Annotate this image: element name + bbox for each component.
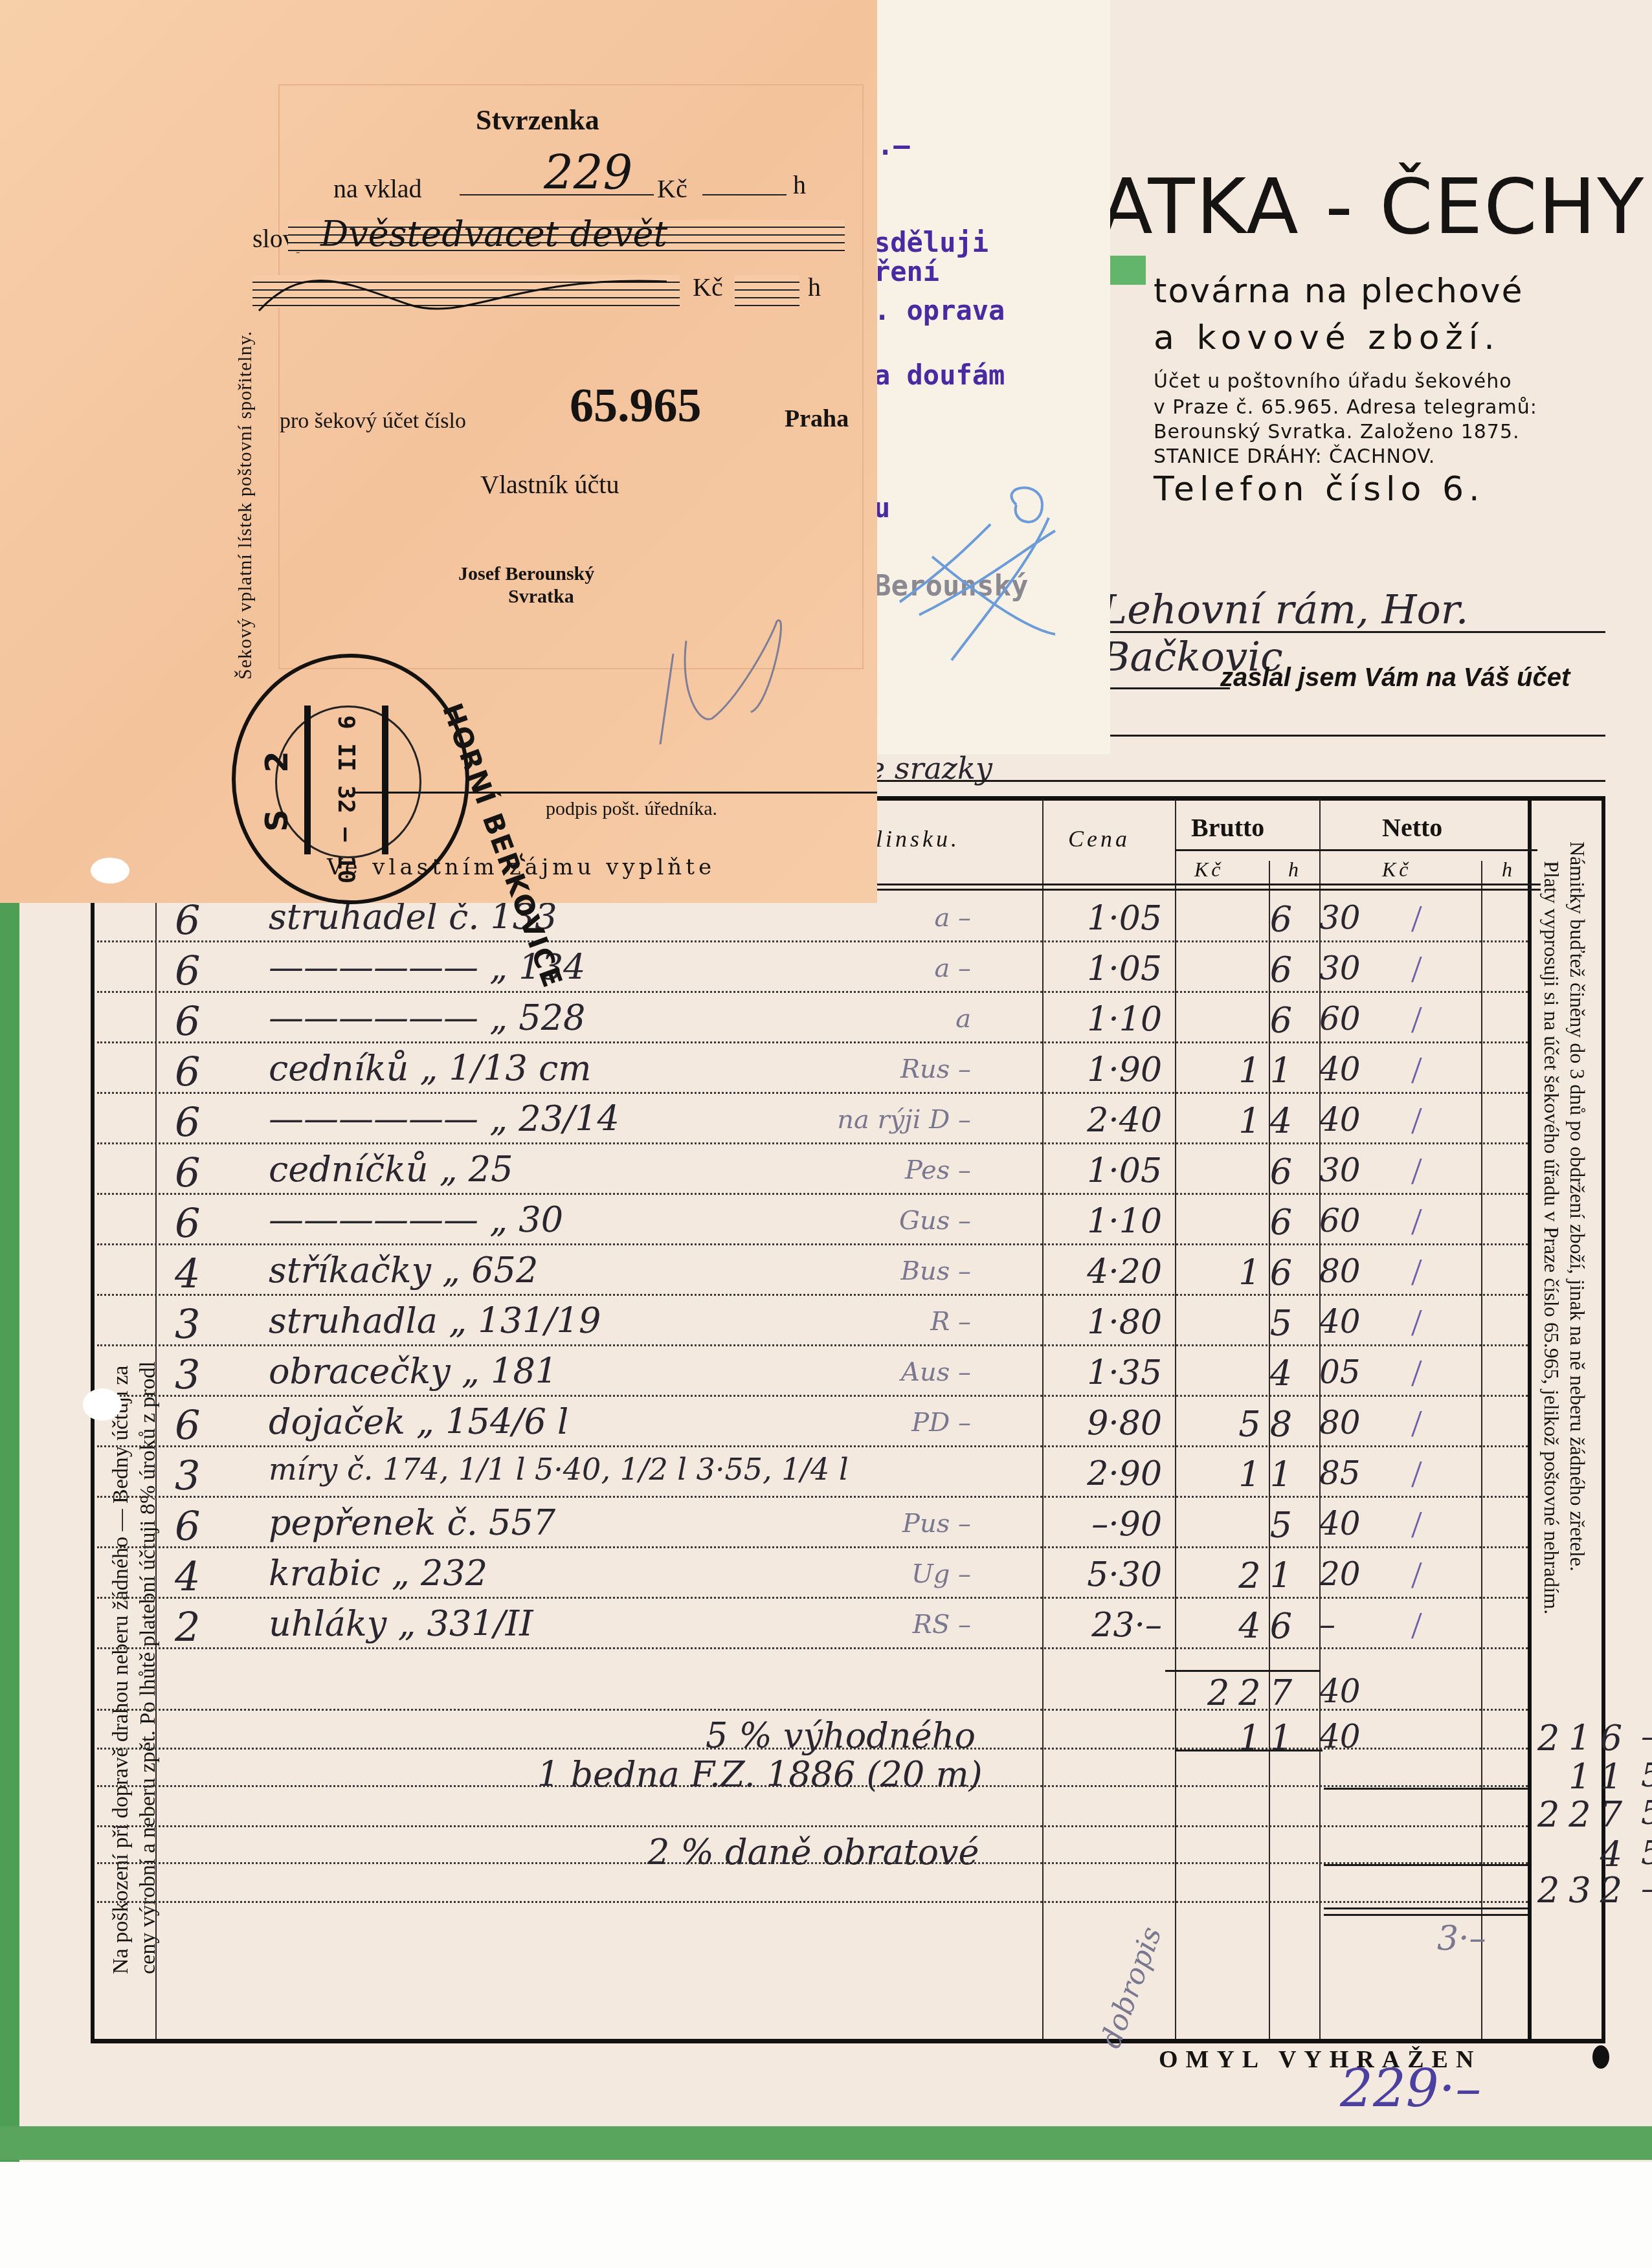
row-desc: krabic „ 232 — [269, 1553, 487, 1594]
row-cena: 9·80 — [1045, 1404, 1162, 1443]
row-qty: 2 — [175, 1603, 200, 1651]
row-qty: 6 — [175, 1048, 200, 1095]
subtotal-row: 227 40 — [149, 1670, 1528, 1720]
row-code: a – — [822, 953, 971, 983]
tagline-1: továrna na plechové — [1154, 272, 1524, 311]
letter-line-2: sděluji — [874, 227, 988, 258]
check-mark-icon: / — [1411, 1300, 1422, 1345]
owner-place: Svratka — [508, 586, 574, 608]
row-desc: pepřenek č. 557 — [269, 1502, 555, 1543]
row-code: Ug – — [822, 1559, 971, 1589]
col-header-netto-kc: Kč — [1382, 858, 1412, 882]
row-qty: 6 — [175, 947, 200, 994]
account-label: pro šekový účet číslo — [280, 409, 466, 434]
account-number: 65.965 — [570, 379, 702, 434]
check-mark-icon: / — [1411, 1351, 1422, 1395]
row-brutto-h: 60 — [1319, 1202, 1384, 1240]
row-brutto-h: 40 — [1319, 1101, 1384, 1139]
row-cena: 1·05 — [1045, 899, 1162, 938]
col-header-netto-h: h — [1502, 858, 1515, 882]
subtotal-brutto-kc: 227 — [1185, 1673, 1301, 1713]
row-qty: 6 — [175, 1401, 200, 1449]
row-brutto-kc: 6 — [1185, 950, 1301, 990]
check-mark-icon: / — [1411, 1452, 1422, 1496]
row-brutto-kc: 6 — [1185, 899, 1301, 940]
signature-label: podpis pošt. úředníka. — [546, 798, 717, 820]
kc-label: Kč — [657, 173, 687, 204]
total-kc: 232 — [1437, 1870, 1631, 1911]
row-brutto-kc: 11 — [1185, 1454, 1301, 1495]
header-sub-rule — [1175, 849, 1537, 851]
row-cena: –·90 — [1045, 1505, 1162, 1544]
clerk-signature-icon — [647, 615, 816, 764]
punch-hole-bottom — [83, 1388, 122, 1421]
owner-name: Josef Berounský — [458, 563, 594, 585]
row-code: a – — [822, 903, 971, 933]
subtotal-brutto-h: 40 — [1319, 1673, 1384, 1710]
table-row: 3 míry č. 174, 1/1 l 5·40, 1/2 l 3·55, 1… — [149, 1452, 1528, 1502]
row-cena: 5·30 — [1045, 1555, 1162, 1594]
row-qty: 3 — [175, 1351, 200, 1398]
row-brutto-h: 05 — [1319, 1353, 1384, 1391]
row-code: PD – — [822, 1408, 971, 1438]
row-cena: 1·35 — [1045, 1353, 1162, 1392]
check-mark-icon: / — [1411, 1149, 1422, 1194]
table-row: 6 —————— „ 23/14 na rýji D – 2·40 14 40 … — [149, 1098, 1528, 1149]
table-row: 6 —————— „ 134 a – 1·05 6 30 / — [149, 947, 1528, 997]
cancel-wave-icon — [252, 269, 680, 314]
info-line-2: v Praze č. 65.965. Adresa telegramů: — [1154, 396, 1537, 419]
address-rule-2 — [1110, 687, 1230, 689]
row-qty: 6 — [175, 896, 200, 944]
h-label: h — [793, 170, 806, 200]
sent-text: zaslal jsem Vám na Váš účet — [1220, 663, 1570, 693]
row-qty: 6 — [175, 1098, 200, 1146]
check-mark-icon: / — [1411, 997, 1422, 1042]
row-code: Pus – — [822, 1509, 971, 1539]
row-code: Pes – — [822, 1155, 971, 1185]
tax-h: 50 — [1641, 1834, 1652, 1872]
row-desc: —————— „ 23/14 — [269, 1098, 619, 1139]
table-row: 2 uhláky „ 331/II RS – 23·– 46 – / — [149, 1603, 1528, 1654]
row-brutto-h: 85 — [1319, 1454, 1384, 1492]
row-brutto-h: 40 — [1319, 1505, 1384, 1542]
row-brutto-h: 60 — [1319, 1000, 1384, 1038]
row-brutto-h: 80 — [1319, 1252, 1384, 1290]
total-h: – — [1641, 1870, 1652, 1907]
na-vklad-label: na vklad — [333, 173, 422, 204]
row-qty: 3 — [175, 1452, 200, 1499]
row-brutto-kc: 6 — [1185, 1151, 1301, 1192]
right-notice-2: Platy vyprosuji si na účet šekového úřad… — [1539, 861, 1563, 1614]
row-code: RS – — [822, 1610, 971, 1640]
row-qty: 3 — [175, 1300, 200, 1348]
row-brutto-kc: 21 — [1185, 1555, 1301, 1596]
check-mark-icon: / — [1411, 896, 1422, 941]
row-desc: struhadla „ 131/19 — [269, 1300, 601, 1341]
row-code: Bus – — [822, 1256, 971, 1286]
row-brutto-h: 80 — [1319, 1404, 1384, 1441]
letter-line-5: a doufám — [874, 359, 1005, 391]
city: Praha — [785, 405, 849, 433]
postmark-date: 9 II 32 – 10 — [333, 715, 359, 884]
right-notice-1: Námitky buďtež činěny do 3 dnů po obdrže… — [1565, 841, 1589, 1572]
total-row: 232 – — [149, 1867, 1528, 1918]
table-row: 6 dojaček „ 154/6 l PD – 9·80 58 80 / — [149, 1401, 1528, 1452]
subtotal2-h: 50 — [1641, 1794, 1652, 1832]
row-brutto-kc: 58 — [1185, 1404, 1301, 1445]
row-code: na rýji D – — [822, 1105, 971, 1135]
bullet-icon — [1592, 2045, 1609, 2069]
row-qty: 6 — [175, 1199, 200, 1247]
address-rule-4 — [854, 780, 1605, 782]
row-cena: 1·90 — [1045, 1051, 1162, 1089]
row-qty: 4 — [175, 1553, 200, 1600]
subtotal2-rule — [1324, 1788, 1528, 1790]
row-brutto-kc: 11 — [1185, 1051, 1301, 1091]
row-cena: 1·10 — [1045, 1202, 1162, 1241]
telephone: Telefon číslo 6. — [1154, 470, 1485, 509]
row-brutto-h: 30 — [1319, 1151, 1384, 1189]
postmark-letters: S 2 — [259, 738, 295, 832]
row-code: a — [822, 1004, 971, 1034]
table-row: 3 struhadla „ 131/19 R – 1·80 5 40 / — [149, 1300, 1528, 1351]
punch-hole-top — [91, 858, 129, 884]
info-line-1: Účet u poštovního úřadu šekového — [1154, 370, 1512, 393]
check-mark-icon: / — [1411, 1048, 1422, 1093]
discount-rule — [1175, 1750, 1323, 1751]
green-edge-bottom — [0, 2126, 1652, 2160]
green-mark — [1110, 256, 1146, 285]
signature-scribble-icon — [893, 479, 1062, 673]
col-header-brutto: Brutto — [1191, 812, 1264, 843]
row-brutto-h: 30 — [1319, 950, 1384, 987]
row-brutto-h: – — [1319, 1606, 1384, 1643]
row-desc: dojaček „ 154/6 l — [269, 1401, 568, 1442]
table-row: 4 stříkačky „ 652 Bus – 4·20 16 80 / — [149, 1250, 1528, 1300]
row-qty: 4 — [175, 1250, 200, 1297]
total-double-rule-1 — [1324, 1907, 1528, 1909]
info-line-4: STANICE DRÁHY: ČACHNOV. — [1154, 445, 1435, 468]
crate-label: 1 bedna F.Z. 1886 (20 m) — [537, 1754, 983, 1795]
row-brutto-kc: 6 — [1185, 1202, 1301, 1243]
table-row: 6 —————— „ 30 Gus – 1·10 6 60 / — [149, 1199, 1528, 1250]
address-rule-3 — [1110, 735, 1605, 737]
row-qty: 6 — [175, 1149, 200, 1196]
check-mark-icon: / — [1411, 1098, 1422, 1143]
info-line-3: Berounský Svratka. Založeno 1875. — [1154, 421, 1520, 443]
table-row: 6 —————— „ 528 a 1·10 6 60 / — [149, 997, 1528, 1048]
row-brutto-kc: 5 — [1185, 1505, 1301, 1546]
row-code: Rus – — [822, 1054, 971, 1084]
letter-line-1: .– — [877, 129, 910, 161]
row-brutto-kc: 16 — [1185, 1252, 1301, 1293]
crate-h: 50 — [1641, 1757, 1652, 1794]
pencil-total: 229·– — [1340, 2058, 1481, 2118]
col-header-netto: Netto — [1382, 812, 1442, 843]
col-header-cena: Cena — [1068, 825, 1130, 852]
row-desc: cedníčků „ 25 — [269, 1149, 513, 1190]
row-desc: —————— „ 528 — [269, 997, 585, 1038]
check-mark-icon: / — [1411, 947, 1422, 992]
row-desc: cedníků „ 1/13 cm — [269, 1048, 592, 1089]
row-desc: uhláky „ 331/II — [269, 1603, 533, 1644]
total-double-rule-2 — [1324, 1914, 1528, 1916]
tax-label: 2 % daně obratové — [647, 1832, 979, 1873]
table-row: 4 krabic „ 232 Ug – 5·30 21 20 / — [149, 1553, 1528, 1603]
amount-words: Dvěstedvacet devět — [320, 214, 667, 254]
row-cena: 1·05 — [1045, 950, 1162, 988]
green-edge-left — [0, 744, 19, 2162]
row-code: R – — [822, 1307, 971, 1337]
pencil-three: 3·– — [1437, 1919, 1486, 1958]
check-mark-icon: / — [1411, 1250, 1422, 1295]
row-brutto-h: 40 — [1319, 1051, 1384, 1088]
tagline-2: a kovové zboží. — [1154, 318, 1501, 357]
check-mark-icon: / — [1411, 1199, 1422, 1244]
check-mark-icon: / — [1411, 1553, 1422, 1597]
letter-line-3: ření — [874, 256, 939, 287]
row-cena: 4·20 — [1045, 1252, 1162, 1291]
row-brutto-kc: 14 — [1185, 1101, 1301, 1142]
subtotal2-kc: 227 — [1437, 1794, 1631, 1835]
row-desc: —————— „ 30 — [269, 1199, 563, 1240]
row-code: Gus – — [822, 1206, 971, 1236]
table-row: 6 cedníků „ 1/13 cm Rus – 1·90 11 40 / — [149, 1048, 1528, 1098]
discount-label: 5 % výhodného — [706, 1715, 976, 1756]
row-cena: 23·– — [1045, 1606, 1162, 1645]
row-brutto-kc: 6 — [1185, 1000, 1301, 1041]
row-desc: obracečky „ 181 — [269, 1351, 557, 1392]
table-row: 6 pepřenek č. 557 Pus – –·90 5 40 / — [149, 1502, 1528, 1553]
row-desc: stříkačky „ 652 — [269, 1250, 538, 1291]
row-brutto-h: 40 — [1319, 1303, 1384, 1340]
row-cena: 1·10 — [1045, 1000, 1162, 1039]
row-cena: 1·80 — [1045, 1303, 1162, 1342]
left-notice-1: Na poškození při dopravě drahou neberu ž… — [109, 1366, 133, 1974]
table-row: 3 obracečky „ 181 Aus – 1·35 4 05 / — [149, 1351, 1528, 1401]
address-rule-1 — [1110, 631, 1605, 633]
h-lines — [735, 275, 799, 307]
owner-label: Vlastník účtu — [480, 469, 619, 500]
row-cena: 2·90 — [1045, 1454, 1162, 1493]
total-rule — [1324, 1864, 1528, 1866]
row-desc: míry č. 174, 1/1 l 5·40, 1/2 l 3·55, 1/4… — [269, 1452, 849, 1487]
net-after-discount-h: – — [1641, 1718, 1652, 1755]
check-mark-icon: / — [1411, 1502, 1422, 1547]
col-header-brutto-kc: Kč — [1194, 858, 1224, 882]
stvrzenka-title: Stvrzenka — [476, 104, 599, 137]
postmark-bar-right — [382, 706, 388, 854]
discount-brutto-kc: 11 — [1185, 1718, 1301, 1759]
company-title: ATKA - ČECHY — [1100, 162, 1645, 251]
row-brutto-h: 30 — [1319, 899, 1384, 937]
stvrzenka-side-text: Šekový vplatní lístek poštovní spořiteln… — [234, 331, 256, 680]
letter-line-4: . oprava — [874, 295, 1005, 326]
row-qty: 6 — [175, 1502, 200, 1550]
row-brutto-kc: 5 — [1185, 1303, 1301, 1344]
net-after-discount-kc: 216 — [1437, 1718, 1631, 1759]
row-qty: 6 — [175, 997, 200, 1045]
col-header-brutto-h: h — [1288, 858, 1302, 882]
table-row: 6 cedníčků „ 25 Pes – 1·05 6 30 / — [149, 1149, 1528, 1199]
row-brutto-kc: 46 — [1185, 1606, 1301, 1647]
row-code: Aus – — [822, 1357, 971, 1387]
check-mark-icon: / — [1411, 1603, 1422, 1648]
row-cena: 1·05 — [1045, 1151, 1162, 1190]
row-cena: 2·40 — [1045, 1101, 1162, 1140]
check-mark-icon: / — [1411, 1401, 1422, 1446]
kc-h-rule — [702, 194, 787, 195]
kc-label-2: Kč — [693, 272, 723, 302]
amount-handwritten: 229 — [544, 146, 632, 200]
discount-brutto-h: 40 — [1319, 1718, 1384, 1755]
na-vklad-rule — [460, 194, 654, 195]
row-brutto-h: 20 — [1319, 1555, 1384, 1593]
h-label-2: h — [808, 272, 821, 302]
table-bottom-rule — [91, 2039, 1605, 2043]
row-brutto-kc: 4 — [1185, 1353, 1301, 1394]
postmark-bar-left — [304, 706, 311, 854]
